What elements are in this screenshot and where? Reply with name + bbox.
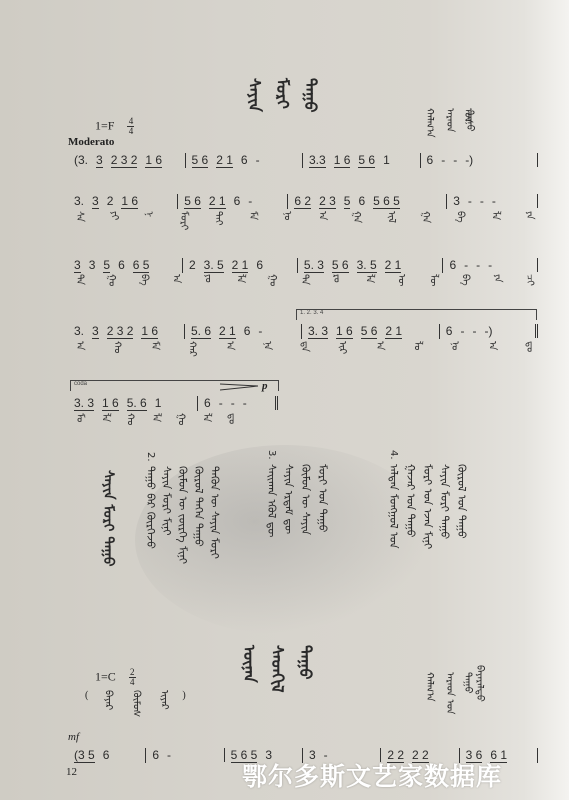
verse-3-line: ᠰᠠᠶᠢᠨ ᠡᠷᠳᠡᠮ ᠳᠦ xyxy=(280,464,296,604)
note: 3. xyxy=(74,194,84,208)
closing-credit: ᠰᠠᠶᠢᠨ ᠮᠣᠷᠢ ᠳᠠᠭᠤ xyxy=(100,470,116,600)
note: 3 xyxy=(92,324,99,339)
verse-4-line: ᠮᠣᠷᠢ ᠤᠨ ᠡᠵᠡᠨ ᠮᠢᠨᠢ xyxy=(419,464,435,614)
measure: (3 5 6 xyxy=(68,748,146,763)
lyric: ᠰᠠ xyxy=(70,211,88,237)
measure: 3 - - - xyxy=(447,194,538,208)
lyric: ᠲᠠ xyxy=(70,274,88,300)
measure: 6 - - - xyxy=(198,396,278,410)
note: 3. 5 xyxy=(204,258,224,273)
paren-open: ( xyxy=(85,690,88,701)
song2-subtitle: ( ᠪᠠᠶᠠᠷ ᠬᠦᠮᠦᠰ ᠢᠶᠡᠷ ) xyxy=(85,690,186,725)
verse-3-line: ᠮᠣᠷᠢ ᠤᠨ ᠳᠠᠭᠤ xyxy=(314,464,330,604)
lyric: ᠯᠠ xyxy=(231,274,249,300)
song2-key-signature: 1=C 2 4 xyxy=(95,668,136,687)
decrescendo-hairpin xyxy=(220,383,260,391)
note: 2 3 2 xyxy=(111,153,138,168)
note: 2 1 xyxy=(209,194,226,209)
lyric: ᠠ xyxy=(70,341,88,367)
note: 5 xyxy=(103,258,110,273)
note: 1 6 xyxy=(102,396,119,411)
verse-2-line: ᠰᠠᠶᠢᠨ ᠮᠣᠷᠢ ᠮᠢᠨᠢ xyxy=(158,466,174,616)
note: 3 xyxy=(453,194,460,208)
measure: 5 6 2 1 6 - xyxy=(186,153,304,168)
note: 6 xyxy=(256,258,263,272)
staff-row-5: 3. 3 1 6 5. 6 1 6 - - - xyxy=(68,394,278,412)
lyric: ᠲᠠ xyxy=(295,274,313,300)
measure: 6 - xyxy=(146,748,224,762)
note: - xyxy=(488,258,492,272)
measure: 6 - - - xyxy=(443,258,538,272)
verse-4-line: ᠬᠦᠷᠦᠯ ᠤᠨ ᠳᠠᠭᠤ xyxy=(453,464,469,614)
note: - xyxy=(258,324,262,338)
dynamic-p: p xyxy=(262,380,268,392)
note: 6 5 xyxy=(133,258,150,273)
tempo-marking: Moderato xyxy=(68,136,114,148)
note: (3. xyxy=(74,153,88,167)
note: 3. xyxy=(74,324,84,338)
note: 5. 6 xyxy=(127,396,147,411)
note: -) xyxy=(484,324,492,338)
note: 3. 3 xyxy=(308,324,328,339)
verse-4-number: 4. xyxy=(385,450,401,460)
note: 1 6 xyxy=(121,194,138,209)
note: 2 3 2 xyxy=(107,324,134,339)
volta-bracket: 1. 2. 3. 4 xyxy=(296,309,537,320)
note: 3 xyxy=(96,153,103,168)
lyric: ᠯᠠ xyxy=(95,413,113,439)
note: 5 xyxy=(344,194,351,209)
note: - xyxy=(453,153,457,167)
note: - xyxy=(243,396,247,410)
note: 6 xyxy=(427,153,434,167)
time-signature: 4 4 xyxy=(127,117,134,136)
song1-credit-1: ᠬᠠᠯᠬ᠎ᠠ xyxy=(420,108,438,138)
lyric: ᠭᠤ xyxy=(263,274,281,300)
lyric: ᠢᠯ xyxy=(381,211,399,237)
subtitle-word: ᠢᠶᠡᠷ xyxy=(154,690,172,725)
note: - xyxy=(460,324,464,338)
note: - xyxy=(468,194,472,208)
lyric: ᠮᠣᠷᠢ xyxy=(174,211,192,237)
note: 3 xyxy=(92,194,99,209)
measure: 5. 3 5 6 3. 5 2 1 xyxy=(298,258,444,273)
note: 2 1 xyxy=(232,258,249,273)
note: 6 xyxy=(204,396,211,410)
note: 3 xyxy=(74,258,81,273)
lyric: ᠯᠤ xyxy=(408,341,426,367)
verse-4-line: ᠭᠠᠵᠠᠷ ᠤᠨ ᠳᠠᠭᠤ xyxy=(402,464,418,614)
lyric: ᠪᠠ xyxy=(134,274,152,300)
measure: 6 - - -) xyxy=(421,153,539,167)
note: 1 6 xyxy=(145,153,162,168)
note: 6 xyxy=(234,194,241,208)
lyric: ᠠ xyxy=(483,341,501,367)
note: 2 xyxy=(107,194,114,208)
staff-row-4: 3. 3 2 3 2 1 6 5. 6 2 1 6 - 3. 3 1 6 5 6… xyxy=(68,322,538,340)
lyric: ᠬᠤ xyxy=(121,413,139,439)
note: 2 1 xyxy=(219,324,236,339)
lyric: ᠢᠷ xyxy=(333,341,351,367)
song2-key-label: 1=C xyxy=(95,669,116,683)
dynamic-mf: mf xyxy=(68,731,79,743)
lyric: ᠠ xyxy=(166,274,184,300)
page-number: 12 xyxy=(66,766,77,778)
subtitle-word: ᠪᠠᠶᠠᠷ xyxy=(98,690,116,720)
measure: 3.3 1 6 5 6 1 xyxy=(303,153,421,168)
note: 1 6 xyxy=(336,324,353,339)
staff-row-1: (3. 3 2 3 2 1 6 5 6 2 1 6 - 3.3 1 6 5 6 … xyxy=(68,151,538,169)
note: 6 xyxy=(244,324,251,338)
note: 6 xyxy=(449,258,456,272)
lyric: ᠬᠤ xyxy=(108,341,126,367)
note: 1 6 xyxy=(141,324,158,339)
note: 6 xyxy=(103,748,110,762)
song2-time-signature: 2 4 xyxy=(129,668,136,687)
note: 2 3 xyxy=(319,194,336,209)
note: - xyxy=(464,258,468,272)
measure: 6 2 2 3 5 6 5 6 5 xyxy=(288,194,447,209)
note: - xyxy=(441,153,445,167)
lyric: ᠭᠤ xyxy=(171,413,189,439)
measure: 3. 3 2 3 2 1 6 xyxy=(68,324,185,339)
note: 3 xyxy=(89,258,96,272)
lyric: ᠶᠢ xyxy=(105,211,123,237)
lyric: ᠪᠠ xyxy=(451,211,469,237)
lyric: ᠳᠤ xyxy=(520,341,538,367)
measure: 3. 3 1 6 5. 6 1 xyxy=(68,396,198,411)
song2-credit-1: ᠬᠠᠯᠬ᠎ᠠ xyxy=(420,672,438,702)
volta-label: 1. 2. 3. 4 xyxy=(300,310,323,316)
subtitle-word: ᠬᠦᠮᠦᠰ xyxy=(126,690,144,725)
time-bottom: 4 xyxy=(130,678,135,687)
lyric: ᠭᠤ xyxy=(102,274,120,300)
note: 2 xyxy=(189,258,196,272)
lyric: ᠨ xyxy=(139,211,157,237)
lyric: ᠯᠠ xyxy=(359,274,377,300)
lyric: ᠭᠠ xyxy=(347,211,365,237)
note: 5 6 xyxy=(358,153,375,168)
lyric: ᠲᠠᠢ xyxy=(208,211,226,237)
note: 6 xyxy=(118,258,125,272)
time-top: 2 xyxy=(130,668,135,677)
lyric: ᠮᠠ xyxy=(243,211,261,237)
lyric: ᠯᠠ xyxy=(485,211,503,237)
note: 6 xyxy=(241,153,248,167)
note: - xyxy=(219,396,223,410)
lyric: ᠶᠠ xyxy=(520,211,538,237)
lyric: ᠴᠢ xyxy=(520,274,538,300)
note: 2 1 xyxy=(385,324,402,339)
measure: 6 - - -) xyxy=(440,324,538,338)
lyrics-row-4: ᠠ ᠬᠤ ᠮᠠ ᠬᠠᠷ ᠠ ᠨᠠ ᠳᠠ ᠢᠷ ᠠ ᠯᠤ ᠨᠤ ᠠ ᠳᠤ xyxy=(70,341,538,367)
note: 5. 3 xyxy=(304,258,324,273)
song2-credit-3: ᠪᠠᠶᠠᠷᠠᠯᠲᠤ xyxy=(470,665,488,715)
lyrics-row-5: ᠮᠤ ᠯᠠ ᠬᠤ ᠯᠠ ᠭᠤ ᠯᠠ ᠳᠤ xyxy=(70,413,240,439)
note: 6 2 xyxy=(294,194,311,209)
key-label: 1=F xyxy=(95,118,114,132)
key-signature: 1=F 4 4 xyxy=(95,117,134,136)
note: - xyxy=(256,153,260,167)
lyric: ᠯᠠ xyxy=(146,413,164,439)
note: - xyxy=(480,194,484,208)
note: - xyxy=(248,194,252,208)
note: 1 6 xyxy=(334,153,351,168)
note: 3.3 xyxy=(309,153,326,168)
lyric: ᠭᠠ xyxy=(416,211,434,237)
verse-2-line: ᠬᠦᠷᠦᠯ ᠳᠡᠭᠡᠨ ᠳᠠᠭᠤ xyxy=(190,466,206,616)
note: - xyxy=(167,748,171,762)
note: 5 6 xyxy=(361,324,378,339)
note: (3 5 xyxy=(74,748,95,763)
note: 6 xyxy=(358,194,365,208)
note: 6 xyxy=(446,324,453,338)
verse-3-number: 3. xyxy=(263,450,279,460)
note: 5 6 5 xyxy=(373,194,400,209)
lyric: ᠬᠠᠷ xyxy=(183,341,201,367)
note: - xyxy=(472,324,476,338)
measure: 5 6 2 1 6 - xyxy=(178,194,288,209)
time-bottom: 4 xyxy=(129,127,134,136)
measure: 3. 3 1 6 5 6 2 1 xyxy=(302,324,440,339)
lyric: ᠪᠠ xyxy=(456,274,474,300)
note: 5 6 xyxy=(332,258,349,273)
verse-4-line: ᠠᠯᠲᠠᠨ ᠮᠣᠩᠭᠣᠯ ᠤᠨ xyxy=(385,464,401,614)
lyric: ᠠ xyxy=(370,341,388,367)
lyric: ᠠ xyxy=(220,341,238,367)
lyric: ᠦ xyxy=(391,274,409,300)
watermark: 鄂尔多斯文艺家数据库 xyxy=(242,757,502,793)
note: - xyxy=(492,194,496,208)
lyric: ᠳᠤ xyxy=(222,413,240,439)
song1-credit-3: ᠳᠠᠭᠤ xyxy=(460,110,478,150)
lyric: ᠨᠠ xyxy=(258,341,276,367)
measure: 3. 3 2 1 6 xyxy=(68,194,178,209)
verse-4-line: ᠰᠠᠶᠢᠨ ᠮᠣᠷᠢ ᠳᠠᠭᠤ xyxy=(436,464,452,614)
measure: 5. 6 2 1 6 - xyxy=(185,324,302,339)
lyric: ᠯᠠ xyxy=(197,413,215,439)
note: 5 6 xyxy=(192,153,209,168)
verse-3-line: ᠬᠦᠮᠦᠨ ᠦ ᠰᠠᠶᠢᠨ xyxy=(297,464,313,604)
verse-2-line: ᠲᠡᠭᠦᠨ ᠦ ᠰᠠᠶᠢᠨ ᠮᠣᠷᠢ xyxy=(206,466,222,616)
note: 5 6 xyxy=(184,194,201,209)
note: 6 xyxy=(152,748,159,762)
lyrics-row-2: ᠰᠠ ᠶᠢ ᠨ ᠮᠣᠷᠢ ᠲᠠᠢ ᠮᠠ ᠨᠤ ᠠ ᠭᠠ ᠢᠯ ᠭᠠ ᠪᠠ ᠯᠠ … xyxy=(70,211,538,237)
note: 2 1 xyxy=(216,153,233,168)
song1-title: ᠰᠠᠶᠢᠨ ᠮᠣᠷᠢ ᠳᠠᠭᠤ xyxy=(240,78,324,138)
note: 3. 5 xyxy=(357,258,377,273)
lyric: ᠮᠠ xyxy=(145,341,163,367)
verse-2-number: 2. xyxy=(142,452,158,462)
lyric: ᠠ xyxy=(312,211,330,237)
measure: (3. 3 2 3 2 1 6 xyxy=(68,153,186,168)
lyric: ᠳᠠ xyxy=(295,341,313,367)
song2-title: ᠦᠨᠡᠨ ᠰᠡᠳᠬᠢᠯ ᠳᠠᠭᠤ xyxy=(235,645,319,705)
staff-row-3: 3 3 5 6 6 5 2 3. 5 2 1 6 5. 3 5 6 3. 5 2… xyxy=(68,256,538,274)
note: 5. 6 xyxy=(191,324,211,339)
lyric: ᠯᠦ xyxy=(424,274,442,300)
verse-2-line: ᠬᠦᠮᠦᠨ ᠦ ᠵᠦᠷᠬᠡ ᠮᠢᠨᠢ xyxy=(174,466,190,616)
measure: 2 3. 5 2 1 6 xyxy=(183,258,298,273)
note: 1 xyxy=(155,396,162,410)
coda-label: coda xyxy=(74,381,87,387)
note: -) xyxy=(465,153,473,167)
verse-2-line: ᠳᠠᠭᠤ ᠪᠠᠷ ᠬᠦᠷᠬᠡᠵᠦ xyxy=(142,466,158,616)
lyric: ᠷᠤ xyxy=(327,274,345,300)
note: 2 1 xyxy=(385,258,402,273)
note: - xyxy=(231,396,235,410)
note: 1 xyxy=(383,153,390,167)
lyric: ᠶᠤ xyxy=(199,274,217,300)
measure: 3 3 5 6 6 5 xyxy=(68,258,183,273)
note: - xyxy=(476,258,480,272)
lyric: ᠨᠤ xyxy=(445,341,463,367)
staff-row-2: 3. 3 2 1 6 5 6 2 1 6 - 6 2 2 3 5 6 5 6 5… xyxy=(68,192,538,210)
lyric: ᠮᠤ xyxy=(70,413,88,439)
note: 3. 3 xyxy=(74,396,94,411)
lyric: ᠶᠠ xyxy=(488,274,506,300)
lyrics-row-3: ᠲᠠ ᠭᠤ ᠪᠠ ᠠ ᠶᠤ ᠯᠠ ᠭᠤ ᠲᠠ ᠷᠤ ᠯᠠ ᠦ ᠯᠦ ᠪᠠ ᠶᠠ … xyxy=(70,274,538,300)
paren-close: ) xyxy=(182,690,185,701)
lyric: ᠨᠤ xyxy=(278,211,296,237)
time-top: 4 xyxy=(129,117,134,126)
verse-3-line: ᠰᠠᠢᠬᠠᠨ ᠡᠭᠦᠯ ᠳᠦ xyxy=(263,464,279,604)
